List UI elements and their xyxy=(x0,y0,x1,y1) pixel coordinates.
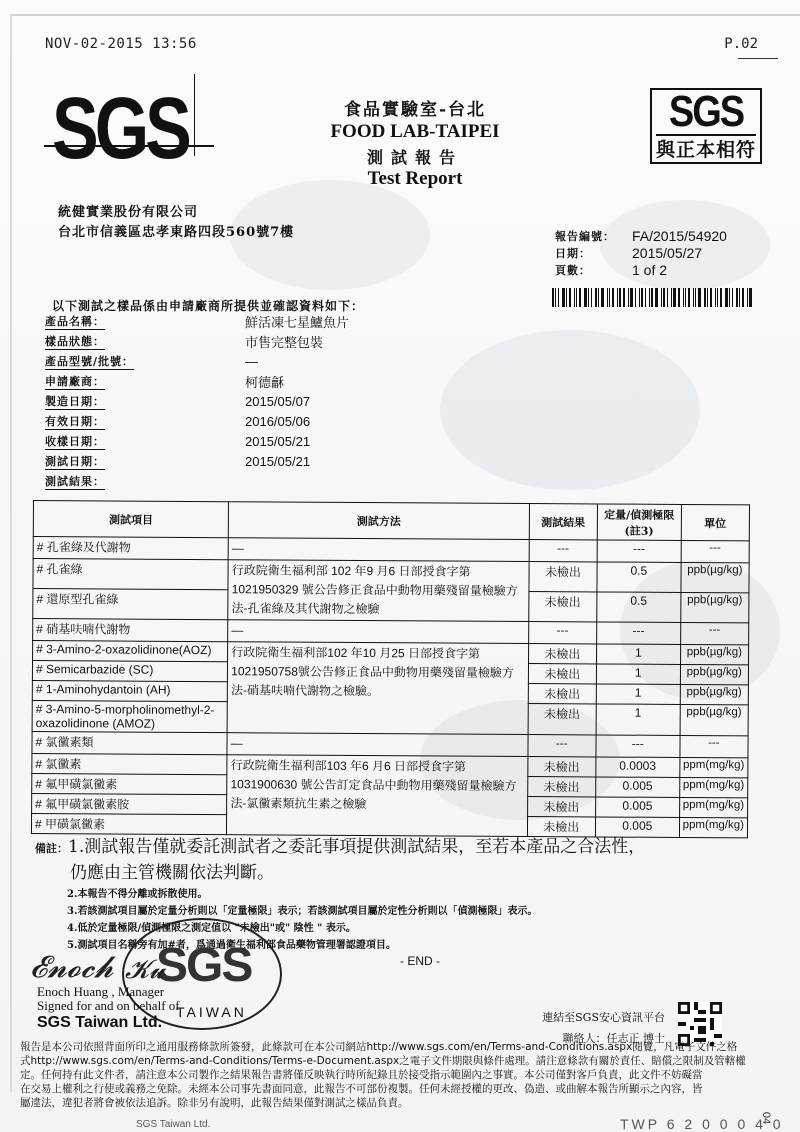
barcode-bar xyxy=(693,288,694,307)
test-method: 行政院衛生福利部103 年6 月6 日部授食字第 1031900630 號公告訂… xyxy=(227,755,528,837)
test-unit: ppb(µg/kg) xyxy=(681,562,750,592)
group-name: # 硝基呋喃代謝物 xyxy=(33,619,228,642)
sample-info-value: 鮮活凍七星鱸魚片 xyxy=(245,312,349,331)
report-number: FA/2015/54920 xyxy=(632,228,727,245)
barcode-bar xyxy=(651,288,653,307)
stamp-text: 與正本相符 xyxy=(652,138,760,162)
barcode-bar xyxy=(715,288,716,307)
page-count-label: 頁數： xyxy=(555,262,632,279)
barcode-bar xyxy=(584,288,587,307)
watermark-map xyxy=(440,330,700,490)
client-address: 台北市信義區忠孝東路四段560號7樓 xyxy=(58,223,294,243)
test-item: # 3-Amino-5-morpholinomethyl-2-oxazolidi… xyxy=(32,700,227,732)
disclaimer-line: 定。任何持有此文件者，請注意本公司製作之結果報告書將僅反映執行時所紀錄且於接受指… xyxy=(20,1068,800,1082)
barcode-bar xyxy=(698,288,701,307)
report-date-label: 日期： xyxy=(555,245,632,262)
test-unit: ppb(µg/kg) xyxy=(680,684,748,704)
test-method: 行政院衛生福利部102 年10 月25 日部授食字第 1021950758號公告… xyxy=(227,642,528,735)
test-unit: ppb(µg/kg) xyxy=(680,644,748,664)
test-result: 未檢出 xyxy=(528,704,597,735)
test-item: # 氯黴素 xyxy=(32,753,227,774)
test-limit: 1 xyxy=(596,704,680,736)
barcode-bar xyxy=(569,288,571,307)
sample-info-row: 測試結果： xyxy=(45,471,349,491)
barcode-bar xyxy=(558,288,559,307)
test-unit: ppb(µg/kg) xyxy=(680,664,748,684)
barcode-bar xyxy=(579,288,581,307)
note-4: 4.低於定量極限/偵測極限之測定值以 "未檢出"或" 陰性 " 表示。 xyxy=(35,920,645,937)
sample-info-row: 產品型號/批號：— xyxy=(45,351,349,371)
test-result: 未檢出 xyxy=(528,644,596,664)
label-text: 樣品狀態： xyxy=(45,335,105,350)
test-method: 行政院衛生福利部 102 年9 月6 日部授食字第 1021950329 號公告… xyxy=(228,560,529,622)
barcode-bar xyxy=(623,288,625,307)
group-result: --- xyxy=(528,622,596,644)
sample-info-value: 柯德龢 xyxy=(245,372,284,391)
barcode-bar xyxy=(720,288,722,307)
barcode-bar xyxy=(598,288,599,307)
barcode-bar xyxy=(595,288,597,307)
sample-info-label: 有效日期： xyxy=(45,413,245,429)
sample-info-label: 製造日期： xyxy=(45,393,245,409)
test-result: 未檢出 xyxy=(527,777,595,797)
sample-info-label: 產品名稱： xyxy=(45,313,245,329)
label-text: 產品型號/批號： xyxy=(45,355,134,370)
sample-info-value: 2015/05/07 xyxy=(245,394,310,409)
group-result: --- xyxy=(528,735,596,757)
legal-disclaimer: 報告是本公司依照背面所印之通用服務條款所簽發，此條款可在本公司網站http://… xyxy=(0,1040,800,1110)
group-limit: --- xyxy=(597,540,681,563)
sample-info-row: 有效日期：2016/05/06 xyxy=(45,411,349,431)
notes-label: 備註： xyxy=(35,842,68,855)
group-unit: --- xyxy=(681,540,750,562)
barcode-bar xyxy=(630,288,633,307)
test-limit: 0.0003 xyxy=(596,757,680,778)
barcode-bar xyxy=(747,288,748,307)
barcode-bar xyxy=(655,288,658,307)
test-result: 未檢出 xyxy=(528,592,597,622)
barcode xyxy=(552,288,767,307)
signed-for: Signed for and on behalf of xyxy=(37,999,180,1013)
sample-info-row: 申請廠商：柯德龢 xyxy=(45,371,349,391)
header-unit: 單位 xyxy=(681,504,750,540)
group-unit: --- xyxy=(680,622,749,644)
sample-info-value: 市售完整包裝 xyxy=(245,332,323,351)
group-method: — xyxy=(227,733,528,757)
sample-info-label: 測試結果： xyxy=(45,473,245,489)
test-limit: 0.005 xyxy=(596,777,680,798)
label-text: 產品名稱： xyxy=(45,315,105,330)
table-row: # 孔雀綠行政院衛生福利部 102 年9 月6 日部授食字第 102195032… xyxy=(33,559,749,593)
certified-copy-stamp: SGS 與正本相符 xyxy=(650,88,762,164)
barcode-bar xyxy=(645,288,646,307)
note-2: 2.本報告不得分離或拆散使用。 xyxy=(35,886,645,903)
barcode-bar xyxy=(710,288,712,307)
barcode-bar xyxy=(591,288,592,307)
label-text: 測試結果： xyxy=(45,475,105,490)
test-unit: ppm(mg/kg) xyxy=(679,777,747,797)
barcode-bar xyxy=(641,288,643,307)
test-result: 未檢出 xyxy=(528,684,596,704)
divider xyxy=(738,58,778,59)
barcode-bar xyxy=(574,288,575,307)
test-limit: 0.5 xyxy=(597,592,681,623)
end-mark: - END - xyxy=(400,954,440,968)
test-item: # 甲磺氯黴素 xyxy=(31,813,226,834)
label-text: 測試日期： xyxy=(45,455,105,470)
barcode-bar xyxy=(562,288,565,307)
test-item: # Semicarbazide (SC) xyxy=(32,661,227,682)
barcode-bar xyxy=(678,288,680,307)
signer-block: Enoch Huang , Manager Signed for and on … xyxy=(37,985,180,1033)
barcode-bar xyxy=(661,288,662,307)
header-limit: 定量/偵測極限(註3) xyxy=(597,504,681,541)
sample-info-label: 收樣日期： xyxy=(45,433,245,449)
test-result: 未檢出 xyxy=(527,817,595,837)
footer-company: SGS Taiwan Ltd. xyxy=(136,1119,210,1130)
test-unit: ppm(mg/kg) xyxy=(679,797,747,817)
note-5: 5.測試項目名稱旁有加#者，爲通過衛生福利部食品藥物管理署認證項目。 xyxy=(35,937,645,954)
signature-second: 𝓚𝓾 xyxy=(125,955,165,986)
barcode-bar xyxy=(576,288,577,307)
group-name: # 孔雀綠及代謝物 xyxy=(33,537,228,560)
client-name: 統健實業股份有限公司 xyxy=(58,203,294,223)
group-method: — xyxy=(228,620,529,644)
report-date: 2015/05/27 xyxy=(632,245,702,262)
test-limit: 0.005 xyxy=(596,797,680,818)
barcode-bar xyxy=(555,288,556,307)
sample-info-row: 測試日期：2015/05/21 xyxy=(45,451,349,471)
test-limit: 1 xyxy=(596,644,680,665)
sample-info: 產品名稱：鮮活凍七星鱸魚片樣品狀態：市售完整包裝產品型號/批號：—申請廠商：柯德… xyxy=(45,311,349,491)
header-method: 測試方法 xyxy=(229,502,530,540)
test-result: 未檢出 xyxy=(527,757,595,777)
group-name: # 氯黴素類 xyxy=(32,731,227,754)
test-limit: 1 xyxy=(596,684,680,705)
barcode-bar xyxy=(628,288,629,307)
report-title-zh: 測試報告 xyxy=(300,145,530,168)
group-unit: --- xyxy=(680,735,749,757)
barcode-bar xyxy=(717,288,718,307)
sample-info-row: 製造日期：2015/05/07 xyxy=(45,391,349,411)
label-text: 收樣日期： xyxy=(45,435,105,450)
header-item: 測試項目 xyxy=(33,501,228,538)
barcode-bar xyxy=(739,288,740,307)
barcode-bar xyxy=(707,288,708,307)
label-text: 申請廠商： xyxy=(45,375,105,390)
test-report-page: NOV-02-2015 13:56 P.02 SGS 食品實驗室-台北 FOOD… xyxy=(0,0,800,1132)
disclaimer-line: 屬違法，違犯者將會被依法追訴。除非另有說明，此報告結果僅對測試之樣品負責。 xyxy=(20,1096,800,1110)
fax-page-number: P.02 xyxy=(724,36,758,52)
sample-info-row: 收樣日期：2015/05/21 xyxy=(45,431,349,451)
barcode-bar xyxy=(671,288,672,307)
test-result: 未檢出 xyxy=(529,562,598,592)
report-number-label: 報告編號： xyxy=(555,228,632,245)
fax-timestamp: NOV-02-2015 13:56 xyxy=(45,36,197,52)
test-result: 未檢出 xyxy=(528,664,596,684)
barcode-bar xyxy=(683,288,684,307)
sample-info-value: 2015/05/21 xyxy=(245,434,310,449)
report-meta: 報告編號：FA/2015/54920 日期：2015/05/27 頁數：1 of… xyxy=(555,228,727,279)
note-1a: 1.測試報告僅就委託測試者之委託事項提供測試結果，至若本產品之合法性， xyxy=(68,837,645,857)
note-1b: 仍應由主管機關依法判斷。 xyxy=(35,863,274,883)
barcode-bar xyxy=(725,288,728,307)
barcode-bar xyxy=(612,288,614,307)
sample-info-label: 測試日期： xyxy=(45,453,245,469)
note-3: 3.若該測試項目屬於定量分析則以「定量極限」表示；若該測試項目屬於定性分析則以「… xyxy=(35,903,645,920)
sample-info-label: 申請廠商： xyxy=(45,373,245,389)
barcode-bar xyxy=(704,288,706,307)
group-result: --- xyxy=(529,540,597,562)
page-count: 1 of 2 xyxy=(632,262,667,279)
group-limit: --- xyxy=(597,622,681,645)
report-title-en: Test Report xyxy=(300,168,530,190)
footer-code: TWP 6 2 0 0 0 4 0 xyxy=(620,1116,784,1132)
sample-info-row: 產品名稱：鮮活凍七星鱸魚片 xyxy=(45,311,349,331)
disclaimer-line: 報告是本公司依照背面所印之通用服務條款所簽發，此條款可在本公司網站http://… xyxy=(20,1040,800,1054)
sgs-logo: SGS xyxy=(52,78,188,178)
barcode-bar xyxy=(685,288,686,307)
barcode-bar xyxy=(609,288,610,307)
barcode-bar xyxy=(552,288,554,307)
info-platform-link[interactable]: 連結至SGS安心資訊平台 xyxy=(525,1007,665,1028)
signer-name: Enoch Huang , Manager xyxy=(37,985,180,999)
test-item: # 氟甲磺氯黴素胺 xyxy=(32,793,227,814)
label-text: 有效日期： xyxy=(45,415,105,430)
test-unit: ppb(µg/kg) xyxy=(680,704,749,735)
test-item: # 還原型孔雀綠 xyxy=(33,589,228,620)
barcode-bar xyxy=(729,288,730,307)
barcode-bar xyxy=(619,288,621,307)
header-result: 測試結果 xyxy=(529,504,598,540)
group-limit: --- xyxy=(596,735,680,758)
logo-vline xyxy=(194,74,195,156)
sample-info-value: 2016/05/06 xyxy=(245,414,310,429)
barcode-bar xyxy=(749,288,752,307)
sample-info-value: 2015/05/21 xyxy=(245,454,310,469)
barcode-bar xyxy=(673,288,676,307)
signature-manager: 𝓔𝓷𝓸𝓬𝓱 xyxy=(30,950,114,985)
test-result: 未檢出 xyxy=(527,797,595,817)
barcode-bar xyxy=(639,288,640,307)
test-item: # 3-Amino-2-oxazolidinone(AOZ) xyxy=(33,641,228,662)
barcode-bar xyxy=(566,288,567,307)
barcode-bar xyxy=(607,288,608,307)
barcode-bar xyxy=(635,288,636,307)
logo-underline xyxy=(44,145,214,147)
barcode-bar xyxy=(732,288,733,307)
sample-info-value: — xyxy=(245,354,258,369)
sample-info-label: 產品型號/批號： xyxy=(45,353,245,369)
test-unit: ppb(µg/kg) xyxy=(680,592,749,622)
test-item: # 氟甲磺氯黴素 xyxy=(32,773,227,794)
footer-side-mark: 04 xyxy=(760,1112,772,1124)
seal-text: TAIWAN xyxy=(176,1004,247,1020)
sample-info-row: 樣品狀態：市售完整包裝 xyxy=(45,331,349,351)
barcode-bar xyxy=(601,288,604,307)
barcode-bar xyxy=(667,288,668,307)
results-table: 測試項目 測試方法 測試結果 定量/偵測極限(註3) 單位 # 孔雀綠及代謝物—… xyxy=(31,500,750,838)
barcode-bar xyxy=(663,288,665,307)
label-text: 製造日期： xyxy=(45,395,105,410)
barcode-bar xyxy=(695,288,696,307)
group-method: — xyxy=(228,538,529,562)
test-limit: 0.5 xyxy=(597,562,681,593)
barcode-bar xyxy=(736,288,738,307)
report-title: 食品實驗室-台北 FOOD LAB-TAIPEI 測試報告 Test Repor… xyxy=(300,95,530,190)
sample-info-label: 樣品狀態： xyxy=(45,333,245,349)
test-unit: ppm(mg/kg) xyxy=(679,757,747,777)
barcode-bar xyxy=(588,288,589,307)
fax-edge-line-left xyxy=(10,14,12,1092)
disclaimer-line: 式http://www.sgs.com/en/Terms-and-Conditi… xyxy=(20,1054,800,1068)
barcode-bar xyxy=(617,288,618,307)
disclaimer-line: 在交易上權利之行使或義務之免除。未經本公司事先書面同意，此報告不可部份複製。任何… xyxy=(20,1082,800,1096)
signer-company: SGS Taiwan Ltd. xyxy=(37,1013,180,1033)
barcode-bar xyxy=(742,288,744,307)
fax-edge-line xyxy=(12,14,800,16)
test-item: # 1-Aminohydantoin (AH) xyxy=(32,680,227,701)
barcode-bar xyxy=(649,288,650,307)
test-unit: ppm(mg/kg) xyxy=(679,817,747,837)
stamp-logo: SGS xyxy=(669,89,743,135)
client-block: 統健實業股份有限公司 台北市信義區忠孝東路四段560號7樓 xyxy=(58,203,294,243)
barcode-bar xyxy=(688,288,690,307)
test-limit: 1 xyxy=(596,664,680,685)
notes: 備註：1.測試報告僅就委託測試者之委託事項提供測試結果，至若本產品之合法性， 仍… xyxy=(35,835,645,954)
lab-name-en: FOOD LAB-TAIPEI xyxy=(300,121,530,143)
test-item: # 孔雀綠 xyxy=(33,559,228,590)
lab-name-zh: 食品實驗室-台北 xyxy=(300,95,530,120)
